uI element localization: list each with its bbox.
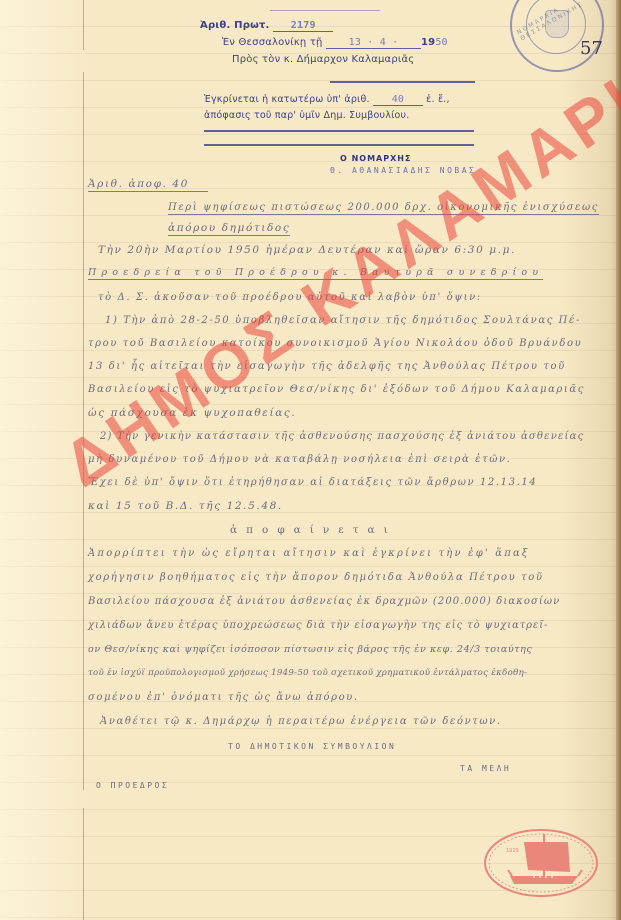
addressee: Πρὸς τὸν κ. Δήμαρχον Καλαμαριᾶς bbox=[232, 54, 414, 65]
signatory-title: Ο ΝΟΜΑΡΧΗΣ bbox=[340, 154, 411, 163]
resolves-heading: ἀποφαίνεται bbox=[230, 524, 397, 536]
ship-logo-icon: 1919 bbox=[482, 826, 600, 900]
subject-line-2: ἀπόρου δημότιδος bbox=[168, 222, 290, 236]
margin-gap bbox=[82, 790, 85, 808]
members-label: ΤΑ ΜΕΛΗ bbox=[460, 764, 511, 773]
resolution-line: ον Θεσ/νίκης καὶ ψηφίζει ἰσόποσον πίστωσ… bbox=[88, 644, 532, 655]
body-line: καὶ 15 τοῦ Β.Δ. τῆς 12.5.48. bbox=[88, 500, 283, 512]
resolution-line: Ἀναθέτει τῷ κ. Δημάρχῳ ἡ περαιτέρω ἐνέργ… bbox=[100, 716, 502, 727]
resolution-line: Βασιλείου πάσχουσα ἐξ ἀνιάτου ἀσθενείας … bbox=[88, 596, 560, 607]
resolution-line: σομένου ἐπ' ὀνόματι τῆς ὡς ἄνω ἀπόρου. bbox=[88, 692, 359, 703]
place-date-label: Ἐν Θεσσαλονίκῃ τῇ bbox=[222, 37, 323, 48]
council-label: ΤΟ ΔΗΜΟΤΙΚΟΝ ΣΥΜΒΟΥΛΙΟΝ bbox=[228, 742, 396, 751]
decision-number: 40 bbox=[373, 94, 423, 106]
subject-line-1: Περὶ ψηφίσεως πιστώσεως 200.000 δρχ. οἰκ… bbox=[168, 202, 599, 215]
body-line: Ἔχει δὲ ὑπ' ὄψιν ὅτι ἐτηρήθησαν αἱ διατά… bbox=[88, 477, 537, 488]
approval-line-1: Ἐγκρίνεται ἡ κατωτέρω ὑπ' ἀριθ. bbox=[204, 94, 370, 105]
margin-gap bbox=[82, 50, 85, 72]
body-line: τρου τοῦ Βασιλείου κατοίκου συνοικισμοῦ … bbox=[88, 338, 582, 349]
date-value: 13 · 4 · bbox=[326, 37, 421, 49]
svg-text:1919: 1919 bbox=[506, 848, 519, 854]
resolution-line: χορήγησιν βοηθήματος εἰς τὴν ἄπορον δημό… bbox=[88, 572, 544, 583]
president-label: Ο ΠΡΟΕΔΡΟΣ bbox=[96, 781, 169, 790]
resolution-line: τοῦ ἐν ἰσχύϊ προϋπολογισμοῦ χρήσεως 1949… bbox=[88, 668, 527, 678]
resolution-line: χιλιάδων ἄνευ ἑτέρας ὑποχρεώσεως διὰ τὴν… bbox=[88, 620, 548, 631]
decision-number-label: Ἀριθ. ἀποφ. 40 bbox=[88, 178, 208, 192]
protocol-number: 2179 bbox=[273, 20, 333, 32]
protocol-label: Ἀριθ. Πρωτ. bbox=[200, 20, 270, 31]
page-number: 57 bbox=[580, 38, 603, 59]
year-suffix: 50 bbox=[435, 37, 447, 48]
approval-line-2: ἀπόφασις τοῦ παρ' ὑμῖν Δημ. Συμβουλίου. bbox=[204, 110, 409, 121]
resolution-line: Ἀπορρίπτει τὴν ὡς εἴρηται αἴτησιν καὶ ἐγ… bbox=[88, 548, 530, 559]
